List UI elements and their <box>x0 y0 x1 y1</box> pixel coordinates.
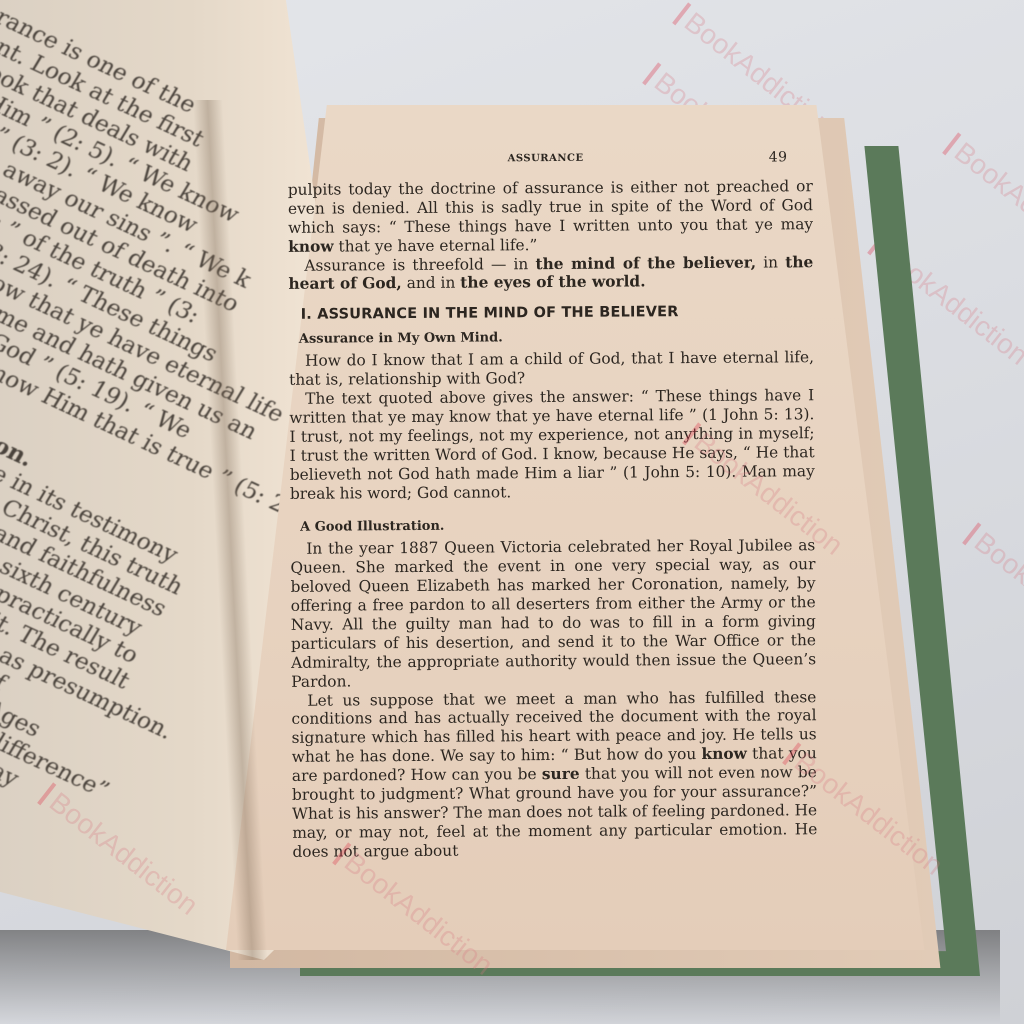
text: pulpits today the doctrine of assurance … <box>288 177 813 236</box>
emphasis: know <box>288 237 333 255</box>
emphasis: the eyes of the world. <box>460 273 645 292</box>
opening-paragraph: pulpits today the doctrine of assurance … <box>288 177 814 256</box>
text: in <box>763 253 778 271</box>
paragraph: Let us suppose that we meet a man who ha… <box>291 688 817 862</box>
chapter-title: ASSURANCE <box>508 150 584 169</box>
running-head: ASSURANCE 49 <box>508 148 788 169</box>
text: and in <box>407 274 456 292</box>
watermark: BookAddiction <box>960 520 1024 662</box>
text: Assurance is threefold — in <box>304 255 528 275</box>
page-number: 49 <box>769 148 788 167</box>
text: that ye have eternal life.” <box>338 236 537 255</box>
paragraph: In the year 1887 Queen Victoria celebrat… <box>290 536 816 691</box>
threefold-paragraph: Assurance is threefold — in the mind of … <box>288 253 813 294</box>
emphasis: sure <box>542 765 580 783</box>
section-title: I. ASSURANCE IN THE MIND OF THE BELIEVER <box>301 303 814 325</box>
paragraph: How do I know that I am a child of God, … <box>289 348 814 389</box>
right-page-text: ASSURANCE 49 pulpits today the doctrine … <box>288 148 818 861</box>
watermark: BookAddiction <box>940 130 1024 272</box>
subheading-own-mind: Assurance in My Own Mind. <box>299 327 814 350</box>
emphasis: the mind of the believer, <box>535 253 756 273</box>
emphasis: know <box>701 745 746 763</box>
subheading-illustration: A Good Illustration. <box>300 516 815 539</box>
